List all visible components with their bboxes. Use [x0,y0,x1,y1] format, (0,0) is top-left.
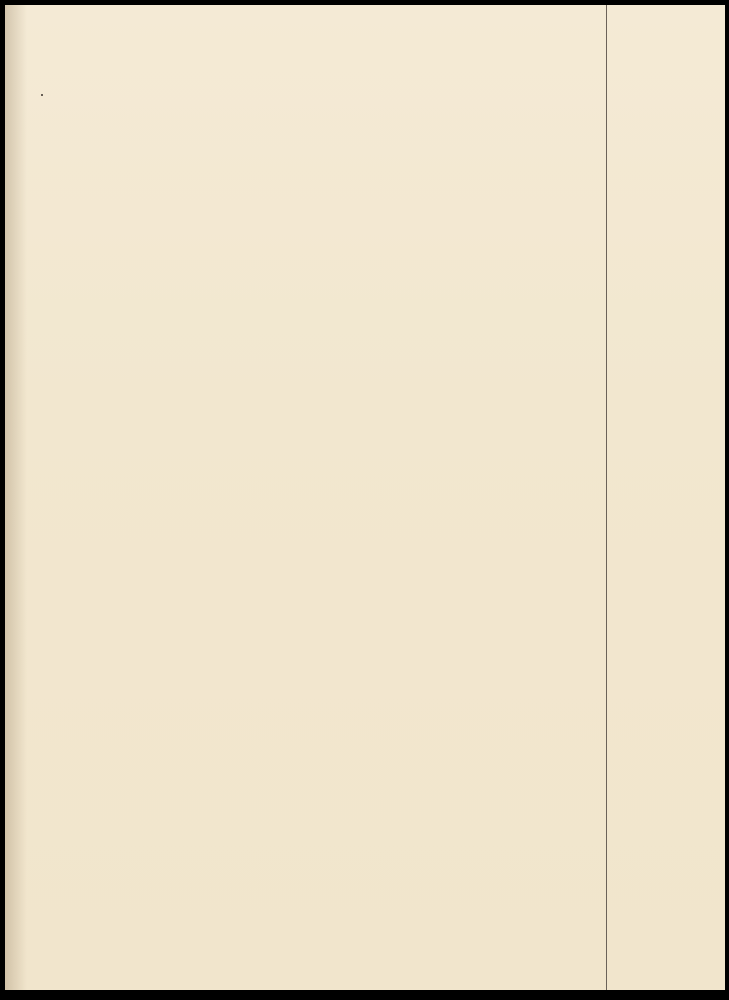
ink-dot [41,94,43,96]
document-page [5,5,725,990]
margin-rule [606,5,607,990]
